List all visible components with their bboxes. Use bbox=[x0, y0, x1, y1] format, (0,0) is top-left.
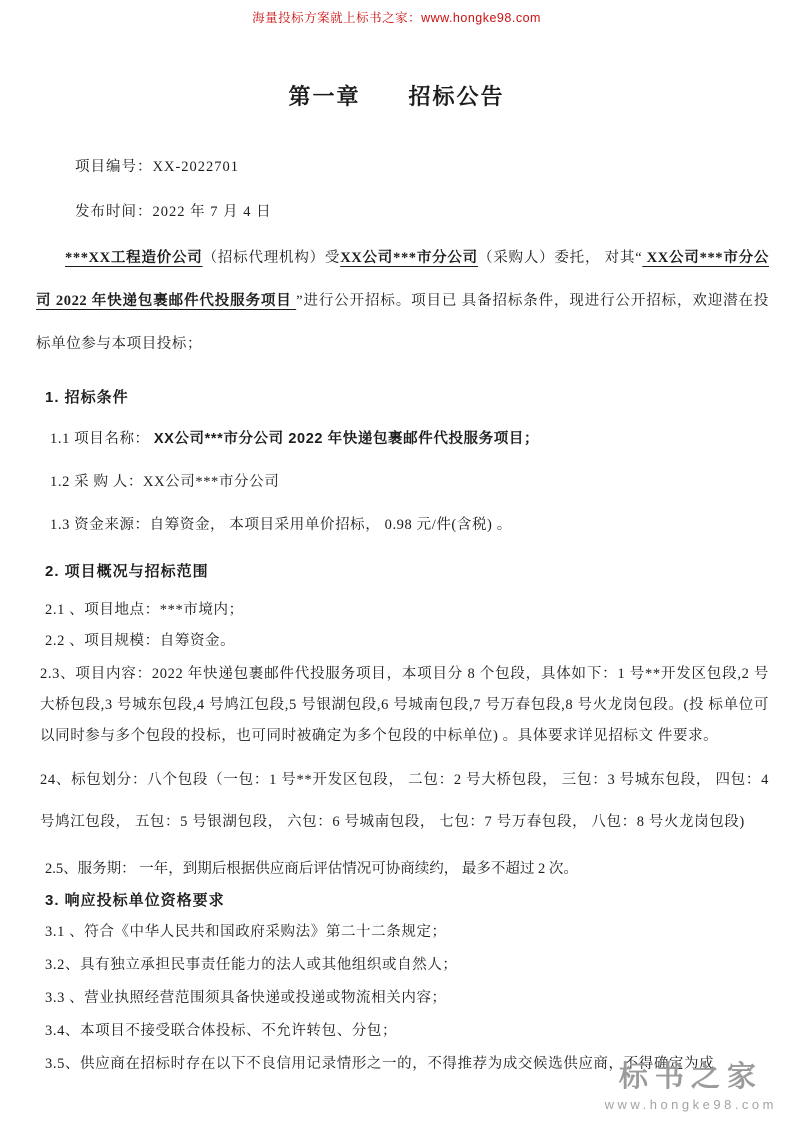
section-1-heading: 1. 招标条件 bbox=[45, 386, 769, 407]
item-2-5: 2.5、服务期： 一年，到期后根据供应商后评估情况可协商续约， 最多不超过 2 … bbox=[45, 859, 769, 880]
chapter-title: 第一章 招标公告 bbox=[0, 80, 793, 111]
purchaser-name: XX公司***市分公司 bbox=[340, 250, 478, 266]
publish-date-label: 发布时间： bbox=[75, 204, 153, 220]
watermark-block: 标书之家 www.hongke98.com bbox=[605, 1054, 777, 1112]
item-1-1: 1.1 项目名称： XX公司***市分公司 2022 年快递包裹邮件代投服务项目… bbox=[50, 429, 769, 450]
project-number-row: 项目编号：XX-2022701 bbox=[75, 155, 769, 176]
item-2-4: 24、标包划分：八个包段（一包：1 号**开发区包段， 二包：2 号大桥包段， … bbox=[40, 759, 769, 843]
intro-paragraph: ***XX工程造价公司（招标代理机构）受XX公司***市分公司（采购人）委托， … bbox=[36, 237, 769, 366]
item-1-3: 1.3 资金来源：自筹资金， 本项目采用单价招标， 0.98 元/件(含税) 。 bbox=[50, 515, 769, 536]
top-banner-text: 海量投标方案就上标书之家：www.hongke98.com bbox=[0, 0, 793, 26]
item-1-1-label: 1.1 项目名称： bbox=[50, 431, 154, 447]
project-number-label: 项目编号： bbox=[75, 159, 153, 175]
item-1-1-project-name: XX公司***市分公司 2022 年快递包裹邮件代投服务项目； bbox=[154, 431, 539, 447]
item-1-2: 1.2 采 购 人：XX公司***市分公司 bbox=[50, 472, 769, 493]
commission-text: （采购人）委托， 对其“ bbox=[478, 250, 642, 266]
section-3-heading: 3. 响应投标单位资格要求 bbox=[45, 889, 769, 910]
item-3-3: 3.3 、营业执照经营范围须具备快递或投递或物流相关内容； bbox=[45, 988, 769, 1009]
watermark-logo-text: 标书之家 bbox=[605, 1054, 777, 1095]
item-2-1: 2.1 、项目地点：***市境内； bbox=[45, 600, 769, 621]
section-2-heading: 2. 项目概况与招标范围 bbox=[45, 560, 769, 581]
item-3-2: 3.2、具有独立承担民事责任能力的法人或其他组织或自然人； bbox=[45, 955, 769, 976]
agency-role-text: （招标代理机构）受 bbox=[203, 250, 341, 266]
document-page: 海量投标方案就上标书之家：www.hongke98.com 第一章 招标公告 项… bbox=[0, 0, 793, 1122]
agency-name: ***XX工程造价公司 bbox=[65, 250, 203, 266]
publish-date-row: 发布时间：2022 年 7 月 4 日 bbox=[75, 200, 769, 221]
watermark-url-text: www.hongke98.com bbox=[605, 1097, 777, 1112]
document-body: 项目编号：XX-2022701 发布时间：2022 年 7 月 4 日 ***X… bbox=[0, 155, 793, 1075]
item-2-3: 2.3、项目内容：2022 年快递包裹邮件代投服务项目，本项目分 8 个包段，具… bbox=[40, 659, 769, 752]
item-2-2: 2.2 、项目规模：自筹资金。 bbox=[45, 631, 769, 652]
publish-date-value: 2022 年 7 月 4 日 bbox=[153, 204, 272, 220]
project-number-value: XX-2022701 bbox=[153, 159, 240, 175]
item-3-4: 3.4、本项目不接受联合体投标、不允许转包、分包； bbox=[45, 1021, 769, 1042]
item-3-1: 3.1 、符合《中华人民共和国政府采购法》第二十二条规定； bbox=[45, 922, 769, 943]
